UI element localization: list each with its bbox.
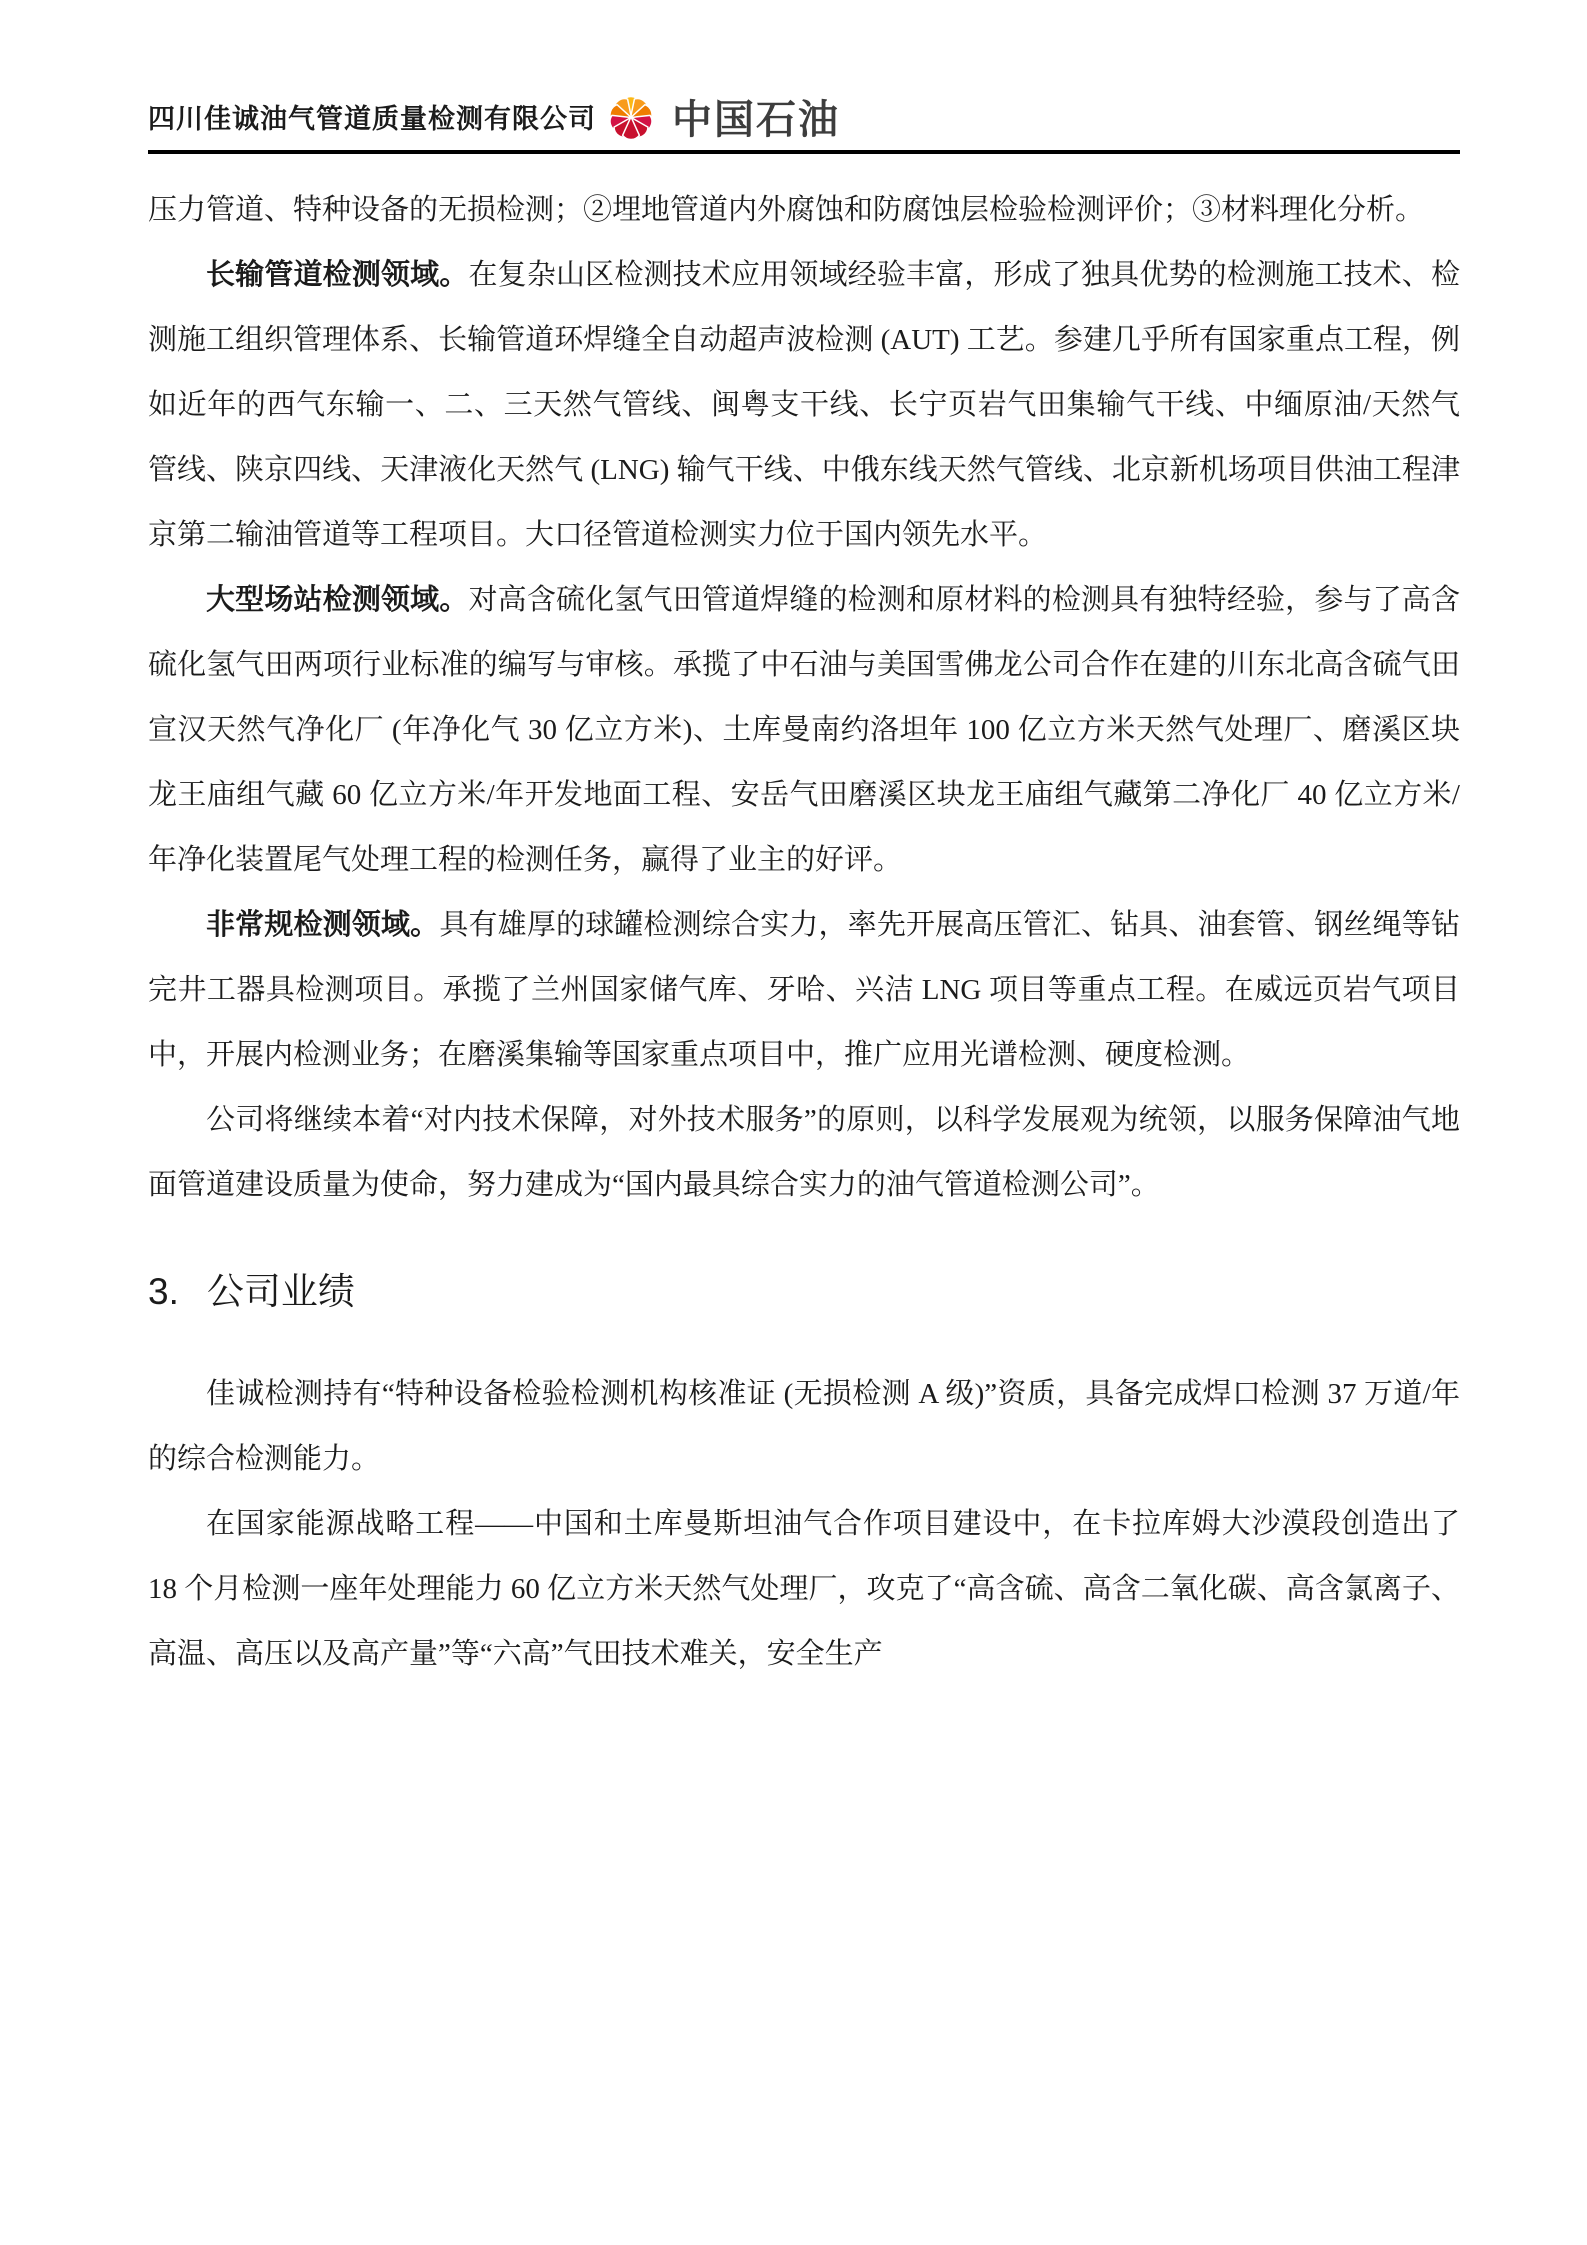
document-body: 压力管道、特种设备的无损检测；②埋地管道内外腐蚀和防腐蚀层检验检测评价；③材料理… (148, 178, 1460, 1687)
document-page: 四川佳诚油气管道质量检测有限公司 中国石油 压力管道、特种设备的无损检测；②埋地… (0, 0, 1587, 2245)
paragraph-text: 压力管道、特种设备的无损检测；②埋地管道内外腐蚀和防腐蚀层检验检测评价；③材料理… (148, 194, 1424, 226)
body-paragraph: 非常规检测领域。具有雄厚的球罐检测综合实力，率先开展高压管汇、钻具、油套管、钢丝… (148, 893, 1460, 1088)
paragraph-lead: 非常规检测领域。 (206, 909, 439, 941)
body-paragraph: 大型场站检测领域。对高含硫化氢气田管道焊缝的检测和原材料的检测具有独特经验，参与… (148, 568, 1460, 893)
petrochina-logo-icon (600, 86, 662, 150)
paragraph-lead: 长输管道检测领域。 (206, 259, 469, 291)
company-name: 四川佳诚油气管道质量检测有限公司 (148, 97, 596, 136)
body-paragraph: 在国家能源战略工程——中国和土库曼斯坦油气合作项目建设中，在卡拉库姆大沙漠段创造… (148, 1492, 1460, 1687)
page-header: 四川佳诚油气管道质量检测有限公司 中国石油 (148, 86, 1460, 154)
paragraph-text: 佳诚检测持有“特种设备检验检测机构核准证 (无损检测 A 级)”资质，具备完成焊… (148, 1378, 1460, 1475)
brand-name: 中国石油 (672, 88, 840, 145)
section-heading: 3.公司业绩 (148, 1270, 1460, 1314)
body-paragraph: 佳诚检测持有“特种设备检验检测机构核准证 (无损检测 A 级)”资质，具备完成焊… (148, 1362, 1460, 1492)
body-paragraph: 压力管道、特种设备的无损检测；②埋地管道内外腐蚀和防腐蚀层检验检测评价；③材料理… (148, 178, 1460, 243)
body-paragraph: 长输管道检测领域。在复杂山区检测技术应用领域经验丰富，形成了独具优势的检测施工技… (148, 243, 1460, 568)
paragraph-lead: 大型场站检测领域。 (206, 584, 469, 616)
section-title: 公司业绩 (207, 1271, 355, 1312)
paragraph-text: 在复杂山区检测技术应用领域经验丰富，形成了独具优势的检测施工技术、检测施工组织管… (148, 259, 1460, 551)
paragraph-text: 公司将继续本着“对内技术保障，对外技术服务”的原则，以科学发展观为统领，以服务保… (148, 1104, 1460, 1201)
body-paragraph: 公司将继续本着“对内技术保障，对外技术服务”的原则，以科学发展观为统领，以服务保… (148, 1088, 1460, 1218)
paragraph-text: 对高含硫化氢气田管道焊缝的检测和原材料的检测具有独特经验，参与了高含硫化氢气田两… (148, 584, 1460, 876)
paragraph-text: 在国家能源战略工程——中国和土库曼斯坦油气合作项目建设中，在卡拉库姆大沙漠段创造… (148, 1508, 1460, 1670)
section-number: 3. (148, 1271, 179, 1312)
